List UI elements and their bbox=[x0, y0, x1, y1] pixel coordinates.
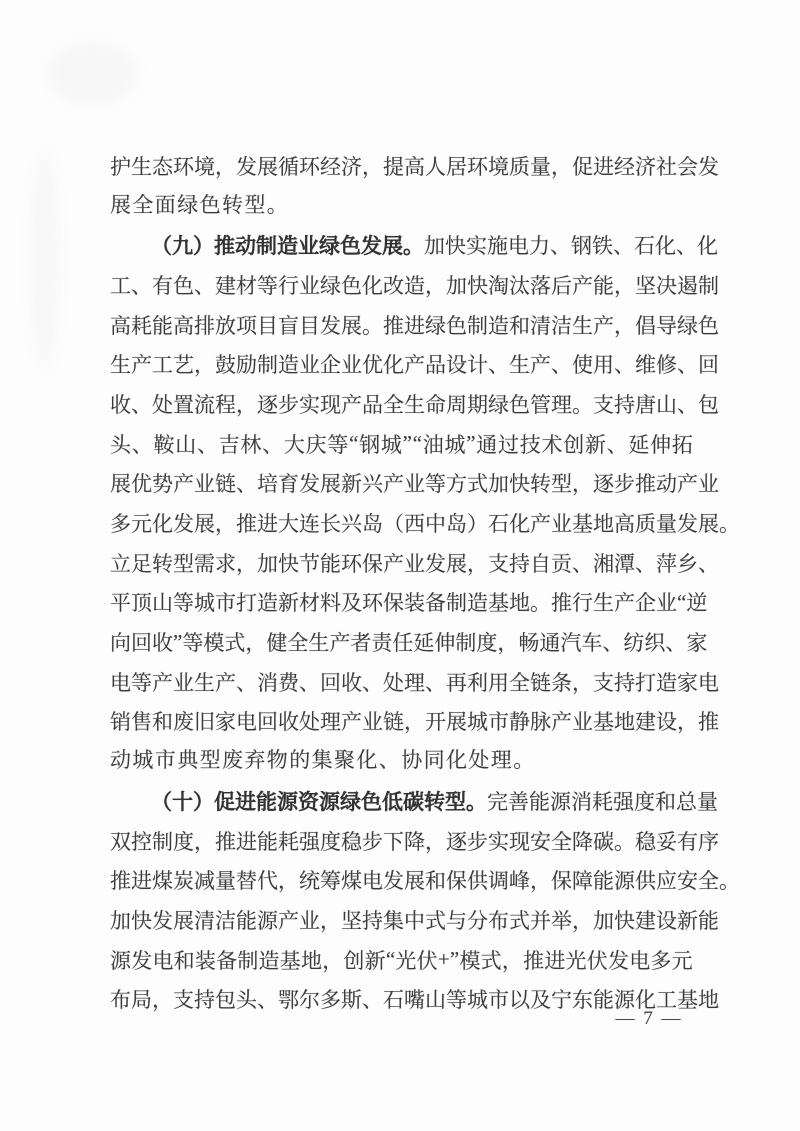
scan-artifact bbox=[30, 150, 60, 370]
text-line: 加快发展清洁能源产业，坚持集中式与分布式并举，加快建设新能 bbox=[110, 900, 693, 940]
text-line: 双控制度，推进能耗强度稳步下降，逐步实现安全降碳。稳妥有序 bbox=[110, 821, 693, 861]
text-line: 展全面绿色转型。 bbox=[110, 186, 693, 226]
text-line: 推进煤炭减量替代，统筹煤电发展和保供调峰，保障能源供应安全。 bbox=[110, 860, 693, 900]
text-line: （九）推动制造业绿色发展。加快实施电力、钢铁、石化、化 bbox=[110, 225, 693, 265]
text-line: 工、有色、建材等行业绿色化改造，加快淘汰落后产能，坚决遏制 bbox=[110, 265, 693, 305]
text-line: 立足转型需求，加快节能环保产业发展，支持自贡、湘潭、萍乡、 bbox=[110, 543, 693, 583]
text-line: 护生态环境，发展循环经济，提高人居环境质量，促进经济社会发 bbox=[110, 146, 693, 186]
text-line: 展优势产业链、培育发展新兴产业等方式加快转型，逐步推动产业 bbox=[110, 464, 693, 504]
text-line: 多元化发展，推进大连长兴岛（西中岛）石化产业基地高质量发展。 bbox=[110, 503, 693, 543]
text-line: 向回收”等模式，健全生产者责任延伸制度，畅通汽车、纺织、家 bbox=[110, 622, 693, 662]
text-line: 销售和废旧家电回收处理产业链，开展城市静脉产业基地建设，推 bbox=[110, 702, 693, 742]
document-body: 护生态环境，发展循环经济，提高人居环境质量，促进经济社会发 展全面绿色转型。 （… bbox=[110, 146, 693, 1019]
text-line: 生产工艺，鼓励制造业企业优化产品设计、生产、使用、维修、回 bbox=[110, 344, 693, 384]
document-page: 护生态环境，发展循环经济，提高人居环境质量，促进经济社会发 展全面绿色转型。 （… bbox=[0, 0, 800, 1131]
text-line: 高耗能高排放项目盲目发展。推进绿色制造和清洁生产，倡导绿色 bbox=[110, 305, 693, 345]
scan-artifact bbox=[48, 42, 138, 106]
text-line: 收、处置流程，逐步实现产品全生命周期绿色管理。支持唐山、包 bbox=[110, 384, 693, 424]
page-number: — 7 — bbox=[569, 1008, 729, 1030]
text-line: 电等产业生产、消费、回收、处理、再利用全链条，支持打造家电 bbox=[110, 662, 693, 702]
text-line: 头、鞍山、吉林、大庆等“钢城”“油城”通过技术创新、延伸拓 bbox=[110, 424, 693, 464]
text-line: （十）促进能源资源绿色低碳转型。完善能源消耗强度和总量 bbox=[110, 781, 693, 821]
text-line: 平顶山等城市打造新材料及环保装备制造基地。推行生产企业“逆 bbox=[110, 583, 693, 623]
text-line: 动城市典型废弃物的集聚化、协同化处理。 bbox=[110, 741, 693, 781]
text-line: 源发电和装备制造基地，创新“光伏+”模式，推进光伏发电多元 bbox=[110, 940, 693, 980]
